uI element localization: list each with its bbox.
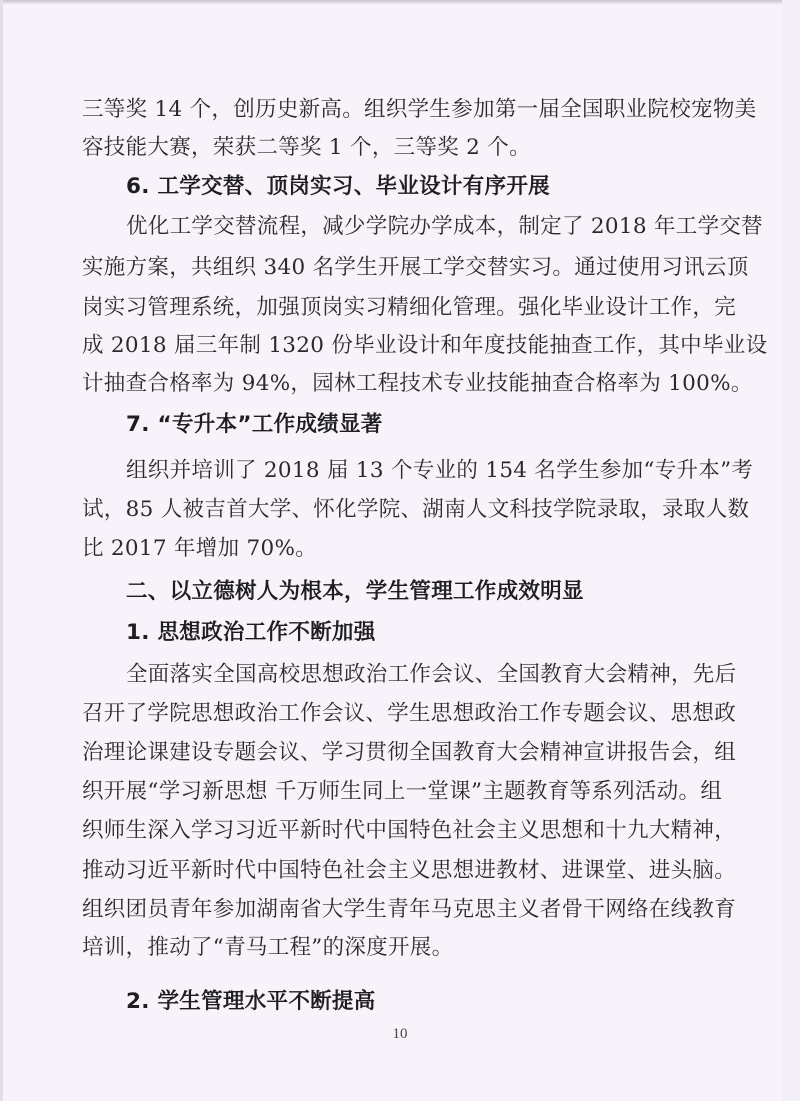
heading-6-work-study: 6. 工学交替、顶岗实习、毕业设计有序开展 [126, 173, 762, 201]
text-line: 试，85 人被吉首大学、怀化学院、湖南人文科技学院录取，录取人数 [82, 496, 718, 524]
text-line: 织师生深入学习习近平新时代中国特色社会主义思想和十九大精神， [82, 817, 718, 845]
text-line: 成 2018 届三年制 1320 份毕业设计和年度技能抽查工作，其中毕业设 [82, 332, 718, 360]
scan-right-edge [782, 0, 800, 1101]
text-line: 岗实习管理系统，加强顶岗实习精细化管理。强化毕业设计工作，完 [82, 294, 718, 322]
page-number: 10 [0, 1026, 800, 1043]
text-line: 容技能大赛，荣获二等奖 1 个，三等奖 2 个。 [82, 134, 718, 162]
section-heading-2: 二、以立德树人为根本，学生管理工作成效明显 [126, 578, 762, 606]
text-line: 实施方案，共组织 340 名学生开展工学交替实习。通过使用习讯云顶 [82, 254, 718, 282]
heading-7-upgrade-exam: 7. “专升本”工作成绩显著 [126, 411, 762, 439]
text-line: 全面落实全国高校思想政治工作会议、全国教育大会精神，先后 [126, 661, 718, 689]
text-line: 召开了学院思想政治工作会议、学生思想政治工作专题会议、思想政 [82, 700, 718, 728]
text-line: 治理论课建设专题会议、学习贯彻全国教育大会精神宣讲报告会，组 [82, 739, 718, 767]
text-line: 组织团员青年参加湖南省大学生青年马克思主义者骨干网络在线教育 [82, 896, 718, 924]
text-line: 比 2017 年增加 70%。 [82, 535, 718, 563]
text-line: 织开展“学习新思想 千万师生同上一堂课”主题教育等系列活动。组 [82, 778, 718, 806]
heading-1-ideological-work: 1. 思想政治工作不断加强 [126, 619, 762, 647]
scan-top-edge [0, 0, 800, 4]
text-line: 优化工学交替流程，减少学院办学成本，制定了 2018 年工学交替 [126, 213, 718, 241]
text-line: 计抽查合格率为 94%，园林工程技术专业技能抽查合格率为 100%。 [82, 370, 718, 398]
scan-left-edge [0, 0, 3, 1101]
heading-2-student-management: 2. 学生管理水平不断提高 [126, 988, 762, 1016]
text-line: 组织并培训了 2018 届 13 个专业的 154 名学生参加“专升本”考 [126, 457, 718, 485]
text-line: 推动习近平新时代中国特色社会主义思想进教材、进课堂、进头脑。 [82, 857, 718, 885]
text-line: 三等奖 14 个，创历史新高。组织学生参加第一届全国职业院校宠物美 [82, 96, 718, 124]
text-line: 培训，推动了“青马工程”的深度开展。 [82, 934, 718, 962]
